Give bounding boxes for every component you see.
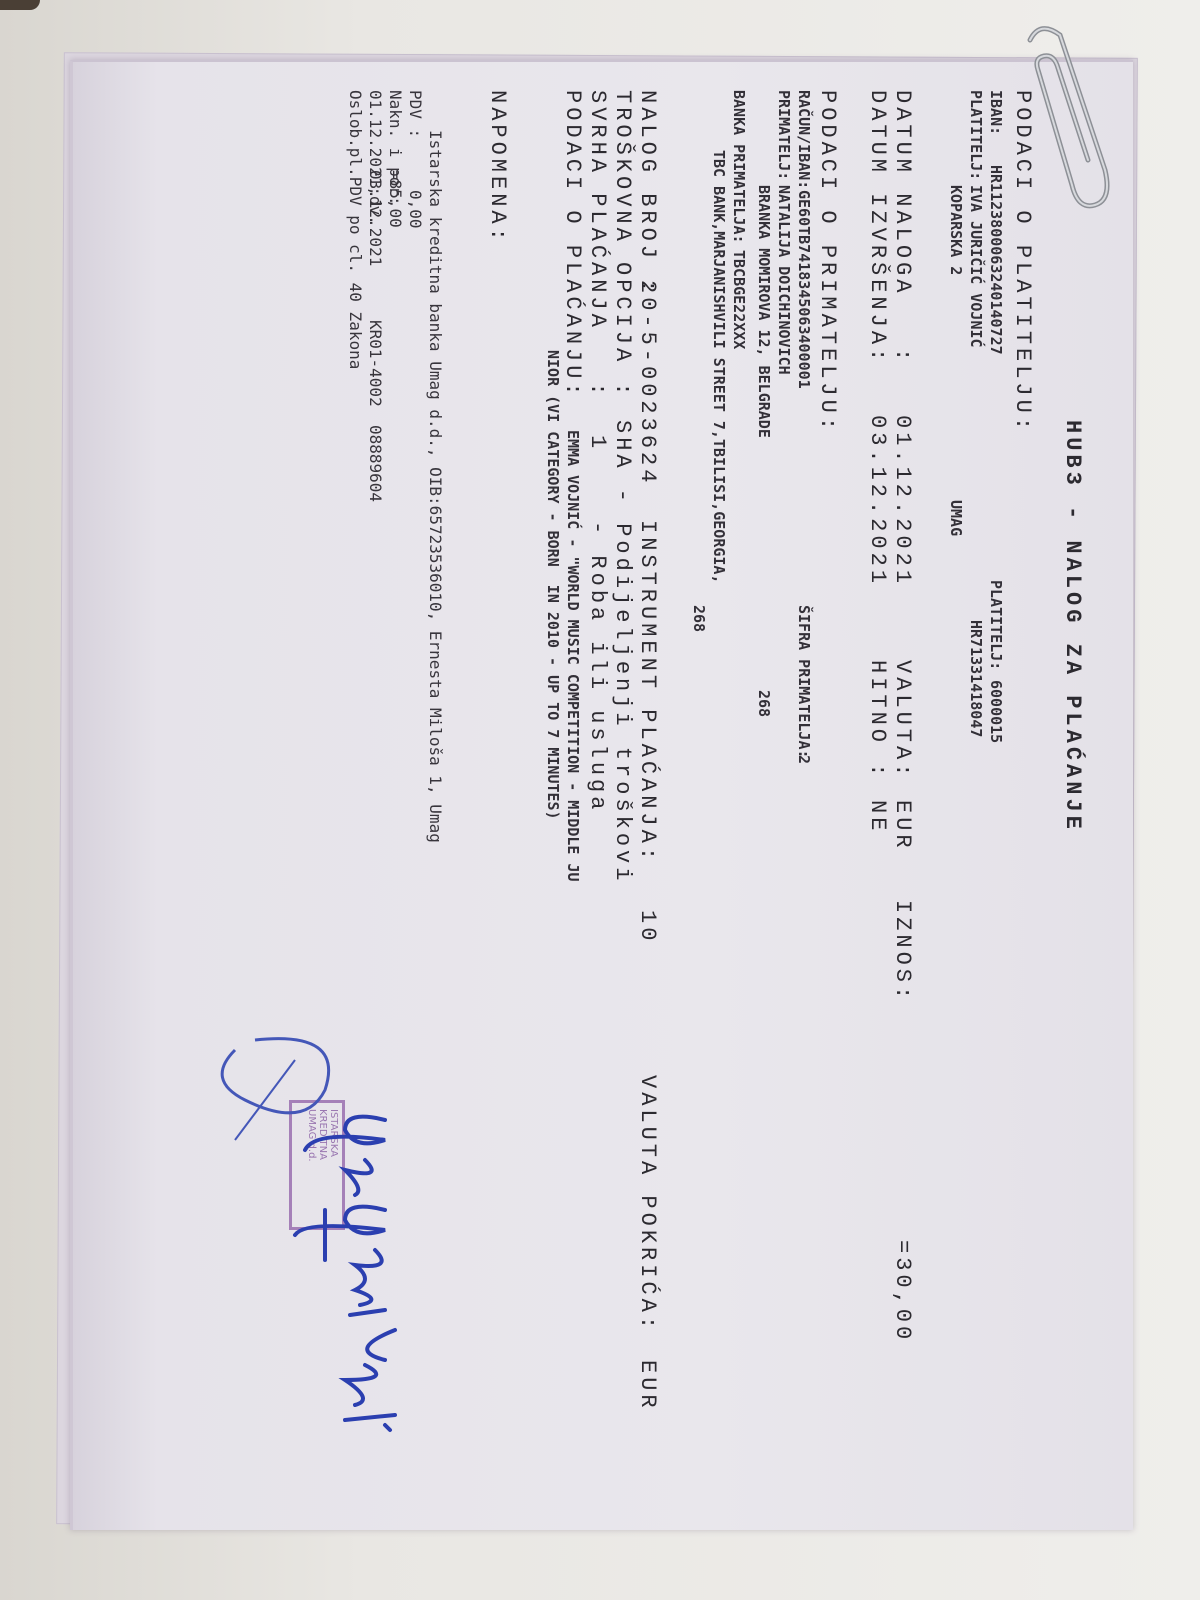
order-date: 01.12.2021 [890,415,915,587]
note-label: NAPOMENA: [485,90,510,245]
payer-label: PLATITELJ: [967,90,985,180]
recipient-label: PRIMATELJ: [775,90,793,180]
purpose: 1 - Roba ili usluga [585,435,610,813]
currency-label: VALUTA: [890,660,915,780]
footer-bank-line: Istarska kreditna banka Umag d.d., OIB:6… [426,130,445,843]
recipient-country-code: 268 [755,690,773,717]
footer-ref-number: 08889604 [366,425,385,502]
amount-value: =30,00 [890,1240,915,1343]
payer-name: IVA JURIČIĆ VOJNIĆ [967,185,985,348]
urgent-value: NE [865,800,890,834]
payer-id-label: PLATITELJ: [987,580,1005,670]
payer-street: KOPARSKA 2 [947,185,965,275]
recipient-code-value: 2 [795,755,813,764]
payer-iban-value: HR1123800063240140727 [987,165,1005,355]
photo-scene: HUB3 - NALOG ZA PLAĆANJE PODACI O PLATIT… [0,0,1200,1600]
payer-oib: HR71331418047 [967,620,985,737]
document-title: HUB3 - NALOG ZA PLAĆANJE [1060,420,1085,833]
recipient-bank-address: TBC BANK,MARJANISHVILI STREET 7,TBILISI,… [710,150,728,583]
recipient-bank-country-code: 268 [690,605,708,632]
recipient-iban-value: GE60TB7418345063400001 [795,190,813,389]
payer-city: UMAG [947,500,965,536]
payment-info-label: PODACI O PLAĆANJU: [560,90,585,400]
footer-fee-value: =85,00 [386,170,405,228]
payment-info-line1: EMMA VOJNIĆ - "WORLD MUSIC COMPETITION -… [564,430,582,882]
footer-ref-code: KR01-4002 [366,320,385,407]
exec-date-label: DATUM IZVRŠENJA: [865,90,890,365]
currency-value: EUR [890,800,915,852]
recipient-name: NATALIJA DOICHINOVICH [775,185,793,375]
recipient-code-label: ŠIFRA PRIMATELJA: [795,605,813,759]
cost-option: SHA - Podijeljenji troškovi [610,420,635,884]
payer-iban-label: IBAN: [987,90,1005,135]
cost-option-label: TROŠKOVNA OPCIJA : [610,90,635,400]
cover-currency-label: VALUTA POKRIĆA: [635,1075,660,1333]
amount-label: IZNOS: [890,900,915,1003]
instrument-value: 10 [635,910,660,944]
payment-order-document: HUB3 - NALOG ZA PLAĆANJE PODACI O PLATIT… [125,90,1085,1440]
footer-exemption: Oslob.pl.PDV po cl. 40 Zakona [346,90,365,369]
purpose-label: SVRHA PLAĆANJA : [585,90,610,400]
payment-info-line2: NIOR (VI CATEGORY - BORN IN 2010 - UP TO… [544,350,562,820]
order-no: 20-5-0023624 [635,280,660,486]
footer-vat-value: 0,00 [406,190,425,229]
payer-id-value: 6000015 [987,680,1005,743]
order-no-label: NALOG BROJ : [635,90,660,296]
recipient-address: BRANKA MOMIROVA 12, BELGRADE [755,185,773,438]
order-date-label: DATUM NALOGA : [890,90,915,365]
recipient-bank-label: BANKA PRIMATELJA: [730,90,748,244]
footer-vat-label: PDV : [406,90,425,138]
handwritten-signature [185,1020,405,1440]
recipient-bank-swift: TBCBGE22XXX [730,250,748,349]
urgent-label: HITNO : [865,660,890,780]
recipient-iban-label: RAČUN/IBAN: [795,90,813,189]
exec-date: 03.12.2021 [865,415,890,587]
instrument-label: INSTRUMENT PLAĆANJA: [635,520,660,864]
cover-currency: EUR [635,1360,660,1412]
payer-heading: PODACI O PLATITELJU: [1010,90,1035,434]
footer-date-right: 03.12.2021 [366,170,385,266]
recipient-heading: PODACI O PRIMATELJU: [815,90,840,434]
table-edge [0,0,40,10]
